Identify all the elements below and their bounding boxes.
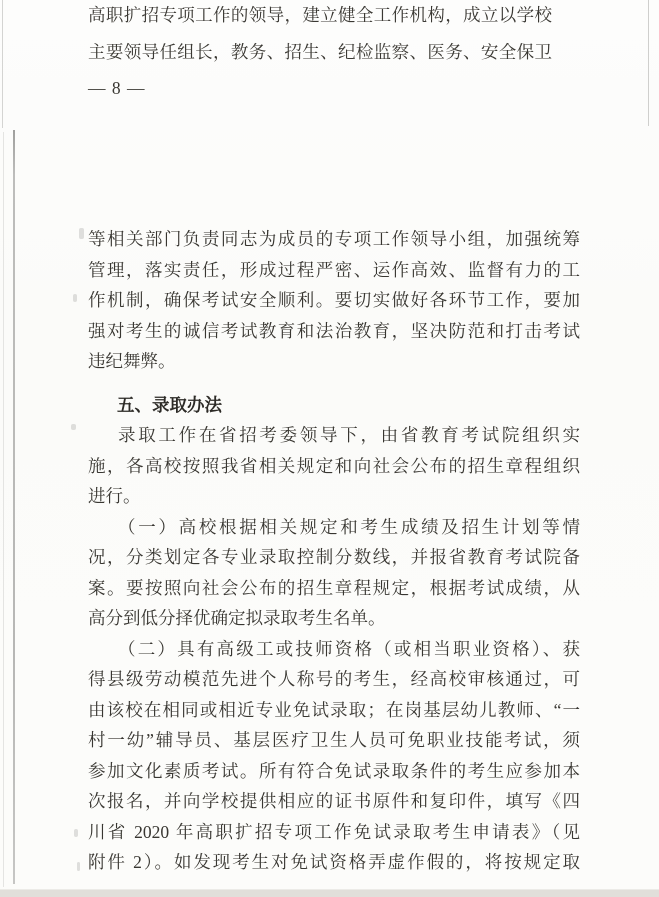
text-line: 强对考生的诚信考试教育和法治教育，坚决防范和打击考试 <box>88 316 580 347</box>
text-line: （一）高校根据相关规定和考生成绩及招生计划等情 <box>88 512 580 543</box>
text-line: 附件 2）。如发现考生对免试资格弄虚作假的，将按规定取 <box>88 847 580 878</box>
scan-noise-speck <box>79 228 84 239</box>
page-number: — 8 — <box>88 70 552 107</box>
text-line: 参加文化素质考试。所有符合免试录取条件的考生应参加本 <box>88 756 580 787</box>
page-edge-line <box>13 130 15 884</box>
text-line: 村一幼”辅导员、基层医疗卫生人员可免职业技能考试，须 <box>88 725 580 756</box>
scanned-document-page: 高职扩招专项工作的领导，建立健全工作机构，成立以学校 主要领导任组长，教务、招生… <box>0 0 659 897</box>
text-line: 进行。 <box>88 481 580 512</box>
text-line: 得县级劳动模范先进个人称号的考生，经高校审核通过，可 <box>88 664 580 695</box>
section-heading: 五、录取办法 <box>88 390 580 421</box>
scan-noise-speck <box>71 424 76 430</box>
text-line: 等相关部门负责同志为成员的专项工作领导小组，加强统筹 <box>88 224 580 255</box>
page-edge-line <box>648 0 649 126</box>
text-line: 川省 2020 年高职扩招专项工作免试录取考生申请表》（见 <box>88 817 580 848</box>
scan-noise-speck <box>77 862 80 871</box>
text-line: 次报名，并向学校提供相应的证书原件和复印件，填写《四 <box>88 786 580 817</box>
text-line: （二）具有高级工或技师资格（或相当职业资格）、获 <box>88 634 580 665</box>
text-line: 案。要按照向社会公布的招生章程规定，根据考试成绩，从 <box>88 573 580 604</box>
current-page-body: 等相关部门负责同志为成员的专项工作领导小组，加强统筹 管理，落实责任，形成过程严… <box>88 224 580 878</box>
text-line: 高分到低分择优确定拟录取考生名单。 <box>88 603 580 634</box>
scan-noise-speck <box>73 294 77 302</box>
text-line: 施，各高校按照我省相关规定和向社会公布的招生章程组织 <box>88 451 580 482</box>
text-line: 录取工作在省招考委领导下，由省教育考试院组织实 <box>88 420 580 451</box>
page-edge-line <box>2 0 3 128</box>
text-line: 高职扩招专项工作的领导，建立健全工作机构，成立以学校 <box>88 0 552 34</box>
text-line: 违纪舞弊。 <box>88 346 580 377</box>
text-line: 管理，落实责任，形成过程严密、运作高效、监督有力的工 <box>88 255 580 286</box>
text-line: 作机制，确保考试安全顺利。要切实做好各环节工作，要加 <box>88 285 580 316</box>
scan-noise-speck <box>74 829 78 837</box>
page-edge-line <box>3 132 4 887</box>
text-line: 况，分类划定各专业录取控制分数线，并报省教育考试院备 <box>88 542 580 573</box>
text-line: 主要领导任组长，教务、招生、纪检监察、医务、安全保卫 <box>88 34 552 71</box>
scan-bottom-edge <box>0 889 659 897</box>
prev-page-fragment: 高职扩招专项工作的领导，建立健全工作机构，成立以学校 主要领导任组长，教务、招生… <box>88 0 552 107</box>
text-line: 由该校在相同或相近专业免试录取；在岗基层幼儿教师、“一 <box>88 695 580 726</box>
